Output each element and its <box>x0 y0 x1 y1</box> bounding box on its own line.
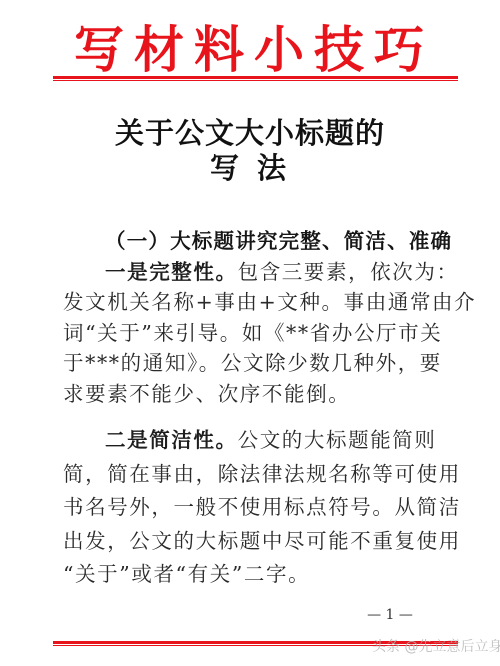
document-body: （一）大标题讲究完整、简洁、准确 一是完整性。包含三要素，依次为： 发文机关名称… <box>63 226 439 409</box>
paragraph1-line: 发文机关名称+事由+文种。事由通常由介 <box>63 287 439 318</box>
page-number: — 1 — <box>350 607 430 623</box>
masthead-title: 写材料小技巧 <box>0 20 500 80</box>
paragraph2-line: 书名号外，一般不使用标点符号。从简洁 <box>63 491 439 525</box>
paragraph1-first-line: 一是完整性。包含三要素，依次为： <box>63 257 439 288</box>
paragraph2-line: 简，简在事由，除法律法规名称等可使用 <box>63 458 439 492</box>
paragraph1-lead: 一是完整性。 <box>105 260 238 284</box>
masthead-rule-thin <box>53 80 458 81</box>
paragraph1-text: 包含三要素，依次为： <box>238 260 459 284</box>
masthead-rule-thick <box>53 76 458 79</box>
paragraph1-line: 词“关于”来引导。如《**省办公厅市关 <box>63 318 439 349</box>
document-title-line1: 关于公文大小标题的 <box>0 116 500 150</box>
document-title-line2: 写 法 <box>0 151 500 185</box>
paragraph1-line: 求要素不能少、次序不能倒。 <box>63 379 439 410</box>
paragraph2-line: 出发，公文的大标题中尽可能不重复使用 <box>63 525 439 559</box>
paragraph1-line: 于***的通知》。公文除少数几种外，要 <box>63 348 439 379</box>
section-heading: （一）大标题讲究完整、简洁、准确 <box>63 226 439 257</box>
paragraph2-lead: 二是简洁性。 <box>105 428 238 452</box>
paragraph2-first-line: 二是简洁性。公文的大标题能简则 <box>63 424 439 458</box>
paragraph2-line: “关于”或者“有关”二字。 <box>63 558 439 592</box>
document-body-2: 二是简洁性。公文的大标题能简则 简，简在事由，除法律法规名称等可使用 书名号外，… <box>63 424 439 592</box>
paragraph2-text: 公文的大标题能简则 <box>238 428 437 452</box>
watermark: 头条 @先立意后立身 <box>372 636 500 656</box>
